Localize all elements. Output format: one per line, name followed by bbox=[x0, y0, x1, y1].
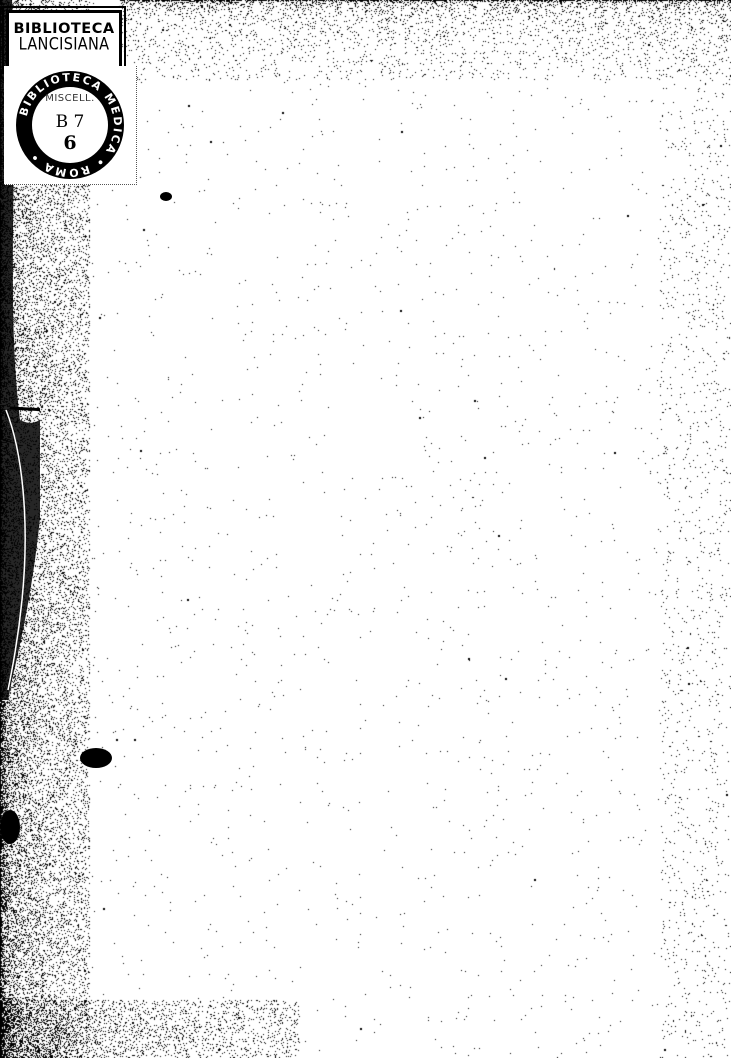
label-stamp-line1: BIBLIOTECA bbox=[9, 21, 119, 37]
shelfmark-collection: MISCELL. bbox=[4, 93, 136, 104]
shelfmark-number: 6 bbox=[4, 132, 136, 154]
ink-blot bbox=[80, 748, 112, 768]
shelfmark-location: B 7 bbox=[4, 112, 136, 132]
scanned-page: BIBLIOTECA LANCISIANA BIBLIOTECA MEDICA … bbox=[0, 0, 731, 1058]
ink-speck bbox=[160, 192, 172, 201]
library-label-stamp: BIBLIOTECA LANCISIANA bbox=[6, 10, 122, 70]
label-stamp-line2: LANCISIANA bbox=[9, 36, 119, 54]
shelfmark-stamp: BIBLIOTECA MEDICA • ROMA • MISCELL. B 7 … bbox=[4, 66, 137, 185]
ink-blot bbox=[0, 810, 20, 844]
